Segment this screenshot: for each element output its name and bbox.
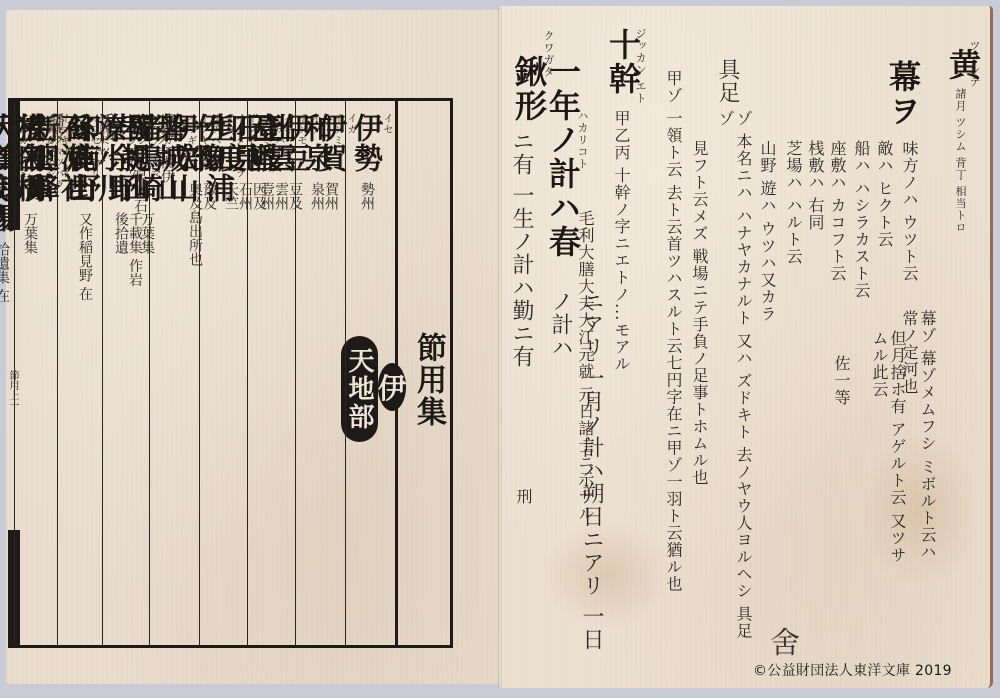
book-spine	[498, 8, 502, 688]
entry-column-8: 猪名川 イナガワ 不知哉川 イサヤガワ 五十鈴河 イスズガワ 伊良子崎 イラゴガ…	[14, 101, 57, 645]
entry-column-6: 岩余野 後拾遺 イワシノ 印南野 又作稲見野 在播及 イナミノ 板田橋 万葉集 …	[102, 101, 149, 645]
hw-reading: ハカリコト	[574, 110, 590, 170]
hw-line: 敵ハ ヒクト云	[875, 140, 893, 310]
entry-column-4: 生田浦 イクタノウラ 伊吹山 イブキヤマ 猪鳴崎 万葉集 イシガサキ 潦小川 イ…	[199, 101, 247, 645]
hw-line: 船ハ ハシラカスト云	[852, 140, 870, 310]
hw-line: ニ有 一生ノ計ハ勤ニ有	[506, 130, 537, 510]
title-column: 節用集 伊 天地部	[395, 101, 450, 645]
hw-line: 甲乙丙 十幹ノ字ニエトノ...モアル	[612, 110, 630, 410]
hw-line: 見フト云メズ 戦場ニテ手負ノ足事トホムル也	[690, 140, 708, 600]
hw-reading: クワガタ	[540, 30, 556, 78]
hw-footer-mark: 刑	[514, 488, 532, 505]
entry-column-2: 和泉 泉州 イヅミ 出雲 雲州 イヅモ 石見 石州 イワミ 伊豫 豫及 イヨ	[295, 101, 345, 645]
entry-column-3: 壹岐 壹州 イキ 印度 天竺 インド 一部 奥及島出所也 或作一関伊 イチベ 闕…	[247, 101, 295, 645]
hw-line: 但月捨ホ有 アゲルト云 又ツサムル此云	[870, 330, 906, 570]
entry-column-1: 伊勢 勢州 イセ 伊賀 賀州 イガ 伊豆 豆及 イヅ 因幡 因及 イナバ	[345, 101, 395, 645]
hw-line: 味方ノハ ウツト云	[900, 140, 918, 310]
hw-line: 山野 遊ハ ウツハ又カラ	[758, 140, 776, 340]
hw-line: 佐一等	[832, 355, 850, 406]
seal-mark: 舍	[770, 618, 800, 662]
hw-line: 座敷ハ カコフト云	[828, 140, 846, 310]
hw-line: 甲ゾ 一領ト云 去ト云首ツハスルト云七円字在ニ甲ゾ一羽ト云猶ル也	[664, 70, 682, 670]
hw-heading-maku: 幕ヲ	[880, 60, 926, 128]
hw-reading: ツミシテ	[966, 40, 982, 88]
entry-column-7: 石瀬社 イワセノモリ 生松原 イキノマツバラ 犬養御湯 拾遺集 在信州 イヌカイ…	[57, 101, 102, 645]
hw-line: ニアリ 一月ノ計ハ朔日ニアリ 一日ノ計ハ	[545, 290, 607, 670]
dictionary-entry: 不知哉川 イサヤガワ	[0, 113, 11, 263]
hw-line: 芝場ハ ハルト云	[784, 140, 802, 310]
book-title: 節用集	[406, 332, 450, 428]
hw-line: ゾ 本名ニハ ハナヤカナルト 又ハ ズドキト 去ノヤウ人ヨルヘシ 具足ゾ	[716, 110, 752, 650]
hw-annotation: 諸月 ツシム 背丁 相当トロ	[952, 88, 968, 288]
copyright-notice: ©公益財団法人東洋文庫 2019	[753, 660, 952, 680]
printed-frame: 節用上一 節用集 伊 天地部 伊勢 勢州 イセ 伊賀 賀州 イガ 伊豆 豆及 イ…	[8, 98, 453, 648]
hw-line: 桟敷ハ 右同	[806, 140, 824, 310]
hw-reading: ジッカン エト	[632, 28, 648, 105]
entry-column-5: 磐城山 イワギヤマ 石提山 千載集 作岩手山 イワテノヤマ 絲鹿山 イトカヤマ …	[149, 101, 199, 645]
